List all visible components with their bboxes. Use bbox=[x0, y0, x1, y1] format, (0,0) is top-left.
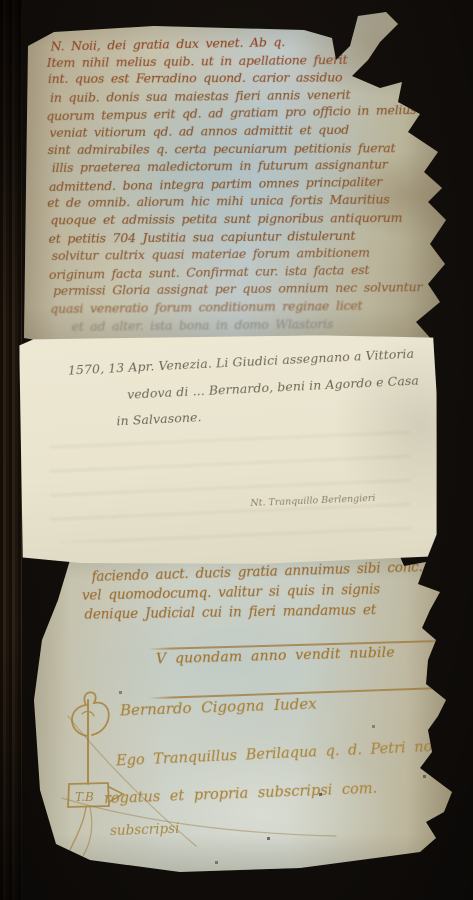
manuscript-line: solvitur cultrix quasi materiae forum am… bbox=[52, 243, 433, 265]
top-parchment: N. Noii, dei gratia dux venet. Ab q. Ite… bbox=[24, 8, 448, 348]
manuscript-line: N. Noii, dei gratia dux venet. Ab q. bbox=[50, 30, 430, 55]
manuscript-line: in quib. donis sua maiestas fieri annis … bbox=[50, 85, 431, 107]
manuscript-photo: N. Noii, dei gratia dux venet. Ab q. Ite… bbox=[0, 0, 473, 900]
notary-mark-initials: T.B bbox=[75, 790, 94, 804]
manuscript-line: veniat vitiorum qd. ad annos admittit et… bbox=[49, 120, 431, 142]
book-binding-gutter bbox=[0, 0, 22, 900]
judge-signature: Bernardo Cigogna Iudex bbox=[120, 695, 317, 720]
notary-mark-icon: T.B bbox=[56, 684, 128, 880]
manuscript-line: originum facta sunt. Confirmat cur. ista… bbox=[49, 260, 433, 284]
slip-note-line: in Salvasone. bbox=[116, 409, 202, 428]
ink-flourish-line bbox=[148, 640, 448, 650]
archivist-slip: 1570, 13 Apr. Venezia. Li Giudici assegn… bbox=[19, 335, 439, 567]
notary-subscription-line: subscripsi bbox=[110, 821, 180, 839]
top-parchment-text: N. Noii, dei gratia dux venet. Ab q. Ite… bbox=[44, 32, 433, 335]
slip-note: 1570, 13 Apr. Venezia. Li Giudici assegn… bbox=[68, 345, 428, 363]
manuscript-line: int. quos est Ferradino quond. carior as… bbox=[48, 68, 431, 88]
notary-subscription-line: Ego Tranquillus Berilaqua q. d. Petri no… bbox=[116, 739, 443, 770]
bottom-parchment-text: faciendo auct. ducis gratia annuimus sib… bbox=[85, 558, 436, 625]
manuscript-line: admittend. bona integra partim omnes pri… bbox=[49, 172, 432, 196]
manuscript-line: permissi Gloria assignat per quos omnium… bbox=[53, 278, 433, 300]
manuscript-line: et de omnib. aliorum hic mihi unica fort… bbox=[47, 190, 432, 212]
centered-manuscript-line: V quondam anno vendit nubile bbox=[156, 645, 395, 668]
slip-note-line: vedova di ... Bernardo, beni in Agordo e… bbox=[127, 373, 419, 402]
manuscript-line: illis praeterea maledictorum in futurum … bbox=[52, 155, 432, 177]
slip-note-line: 1570, 13 Apr. Venezia. Li Giudici assegn… bbox=[68, 346, 415, 378]
pen-flourish-lines bbox=[28, 546, 458, 880]
manuscript-line: quoque et admissis petita sunt pignoribu… bbox=[50, 209, 432, 229]
manuscript-line: sint admirabiles q. certa pecuniarum pet… bbox=[48, 139, 432, 159]
manuscript-line: denique Judicial cui in fieri mandamus e… bbox=[84, 599, 436, 625]
ink-flourish-line bbox=[148, 687, 452, 700]
manuscript-line: Item nihil melius quib. ut in apellation… bbox=[47, 50, 431, 72]
bottom-parchment: faciendo auct. ducis gratia annuimus sib… bbox=[28, 546, 458, 880]
manuscript-line: vel quomodocumq. valitur si quis in sign… bbox=[82, 578, 436, 605]
manuscript-line: quasi veneratio forum conditionum regina… bbox=[50, 296, 433, 318]
manuscript-line: quorum tempus erit qd. ad gratiam pro of… bbox=[46, 101, 431, 125]
show-through-ghost-text bbox=[50, 430, 411, 543]
manuscript-line: et petitis 704 Justitia sua capiuntur di… bbox=[48, 226, 432, 248]
notary-subscription-line: rogatus et propria subscripsi com. bbox=[104, 781, 378, 807]
manuscript-line: et ad alter. ista bona in domo Wlastoris bbox=[71, 313, 433, 334]
